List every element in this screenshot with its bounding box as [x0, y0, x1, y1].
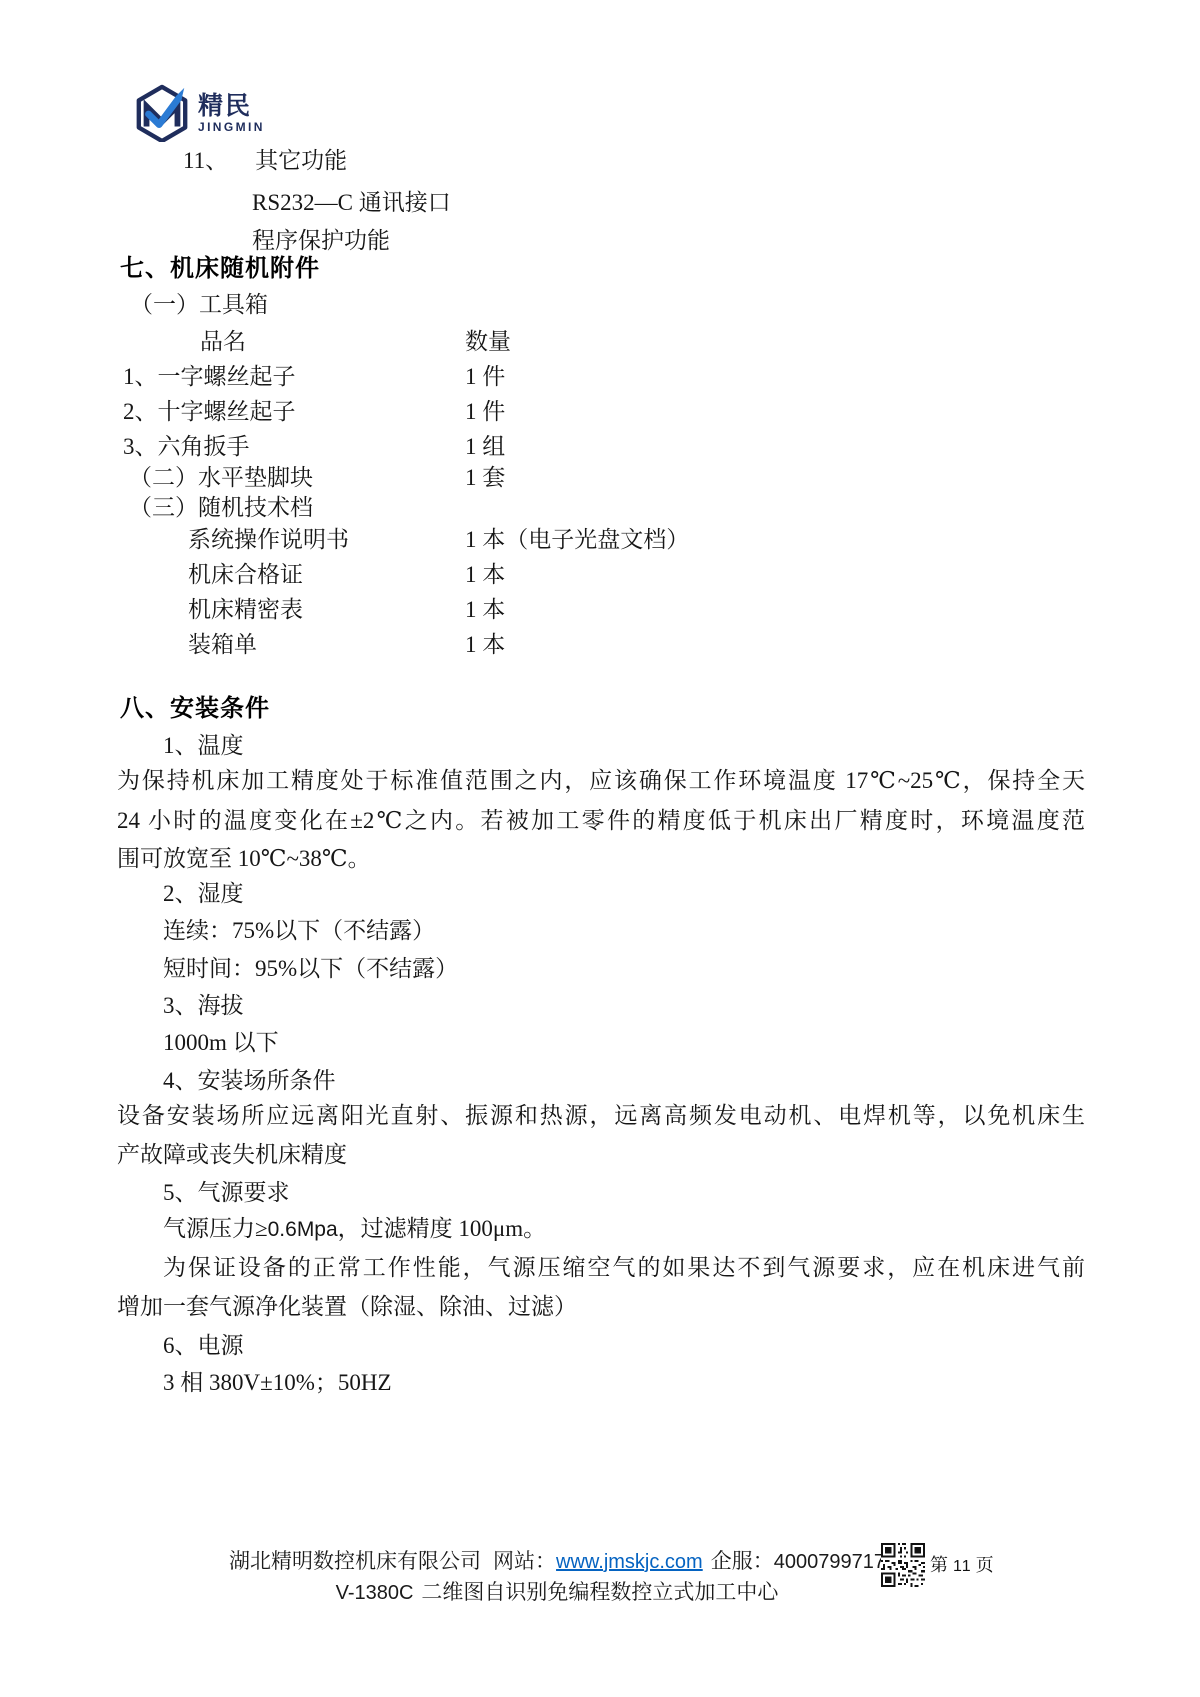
qr-code-icon	[881, 1542, 925, 1588]
row-qty: 1 件	[465, 393, 505, 426]
rs232-line: RS232—C 通讯接口	[252, 188, 451, 218]
section7-subheading: （一）工具箱	[130, 290, 268, 320]
humidity-shortterm-line: 短时间：95%以下（不结露）	[163, 954, 458, 984]
section8-heading: 八、安装条件	[120, 694, 270, 724]
air-pressure-prefix: 气源压力≥	[163, 1216, 268, 1241]
row-name: 2、十字螺丝起子	[123, 393, 296, 426]
jingmin-hexagon-logo-icon	[133, 84, 191, 142]
program-protect-line: 程序保护功能	[252, 226, 390, 256]
footer-model-code: V-1380C	[336, 1582, 414, 1605]
section7-heading: 七、机床随机附件	[120, 254, 320, 284]
table-row: 1、一字螺丝起子 1 件	[0, 358, 1100, 388]
footer-site-label: 网站：	[493, 1545, 556, 1575]
page-number-value: 11	[949, 1558, 976, 1575]
brand-name-en: JINGMIN	[198, 121, 265, 133]
footer-model-line: V-1380C 二维图自识别免编程数控立式加工中心	[117, 1576, 997, 1606]
item-humidity: 2、湿度	[163, 879, 244, 909]
row-name: （二）水平垫脚块	[129, 459, 313, 492]
row-name: 3、六角扳手	[123, 428, 250, 461]
item-installation-site: 4、安装场所条件	[163, 1066, 336, 1096]
site-paragraph-line: 设备安装场所应远离阳光直射、振源和热源，远离高频发电动机、电焊机等，以免机床生	[117, 1101, 1085, 1131]
row-qty: 1 件	[465, 358, 505, 391]
air-pressure-suffix: ，过滤精度 100μm。	[338, 1216, 546, 1241]
row-name: 机床精密表	[188, 591, 303, 624]
row-qty: 1 套	[465, 459, 505, 492]
page-number: 第11页	[930, 1551, 995, 1577]
column-header-name: 品名	[200, 323, 246, 356]
page-number-prefix: 第	[930, 1555, 949, 1575]
air-pressure-value: 0.6Mpa	[268, 1218, 338, 1241]
air-pressure-line: 气源压力≥0.6Mpa，过滤精度 100μm。	[163, 1214, 546, 1245]
footer-service-label: 企服：	[711, 1545, 774, 1575]
brand-name-cn: 精民	[198, 94, 265, 119]
temperature-paragraph-line: 24 小时的温度变化在±2℃之内。若被加工零件的精度低于机床出厂精度时，环境温度…	[117, 806, 1085, 836]
row-name: 1、一字螺丝起子	[123, 358, 296, 391]
item-power: 6、电源	[163, 1331, 244, 1361]
row-qty: 1 本	[465, 591, 505, 624]
table-header-row: 品名 数量	[0, 323, 1100, 353]
air-paragraph-line: 为保证设备的正常工作性能，气源压缩空气的如果达不到气源要求，应在机床进气前	[163, 1253, 1085, 1283]
footer-website-link[interactable]: www.jmskjc.com	[556, 1551, 703, 1574]
item-title: 其它功能	[255, 148, 347, 173]
table-row: 装箱单 1 本	[0, 626, 1100, 656]
footer-model-desc: 二维图自识别免编程数控立式加工中心	[421, 1576, 778, 1606]
altitude-value-line: 1000m 以下	[163, 1028, 279, 1058]
row-qty: 1 本（电子光盘文档）	[465, 521, 689, 554]
row-qty: 1 本	[465, 556, 505, 589]
row-qty: 1 组	[465, 428, 505, 461]
table-row: （三）随机技术档	[0, 489, 1100, 519]
temperature-paragraph-line: 为保持机床加工精度处于标准值范围之内，应该确保工作环境温度 17℃~25℃，保持…	[117, 766, 1085, 796]
company-logo: 精民 JINGMIN	[133, 84, 265, 142]
item-altitude: 3、海拔	[163, 991, 244, 1021]
humidity-continuous-line: 连续：75%以下（不结露）	[163, 916, 435, 946]
power-value-line: 3 相 380V±10%；50HZ	[163, 1368, 392, 1398]
row-name: 机床合格证	[188, 556, 303, 589]
item-temperature: 1、温度	[163, 731, 244, 761]
other-functions-line: 11、其它功能	[183, 146, 347, 176]
footer-company: 湖北精明数控机床有限公司	[229, 1545, 481, 1575]
temperature-paragraph-line: 围可放宽至 10℃~38℃。	[117, 844, 371, 874]
table-row: 2、十字螺丝起子 1 件	[0, 393, 1100, 423]
logo-wordmark: 精民 JINGMIN	[198, 94, 265, 133]
page-number-suffix: 页	[976, 1555, 995, 1575]
table-row: （二）水平垫脚块 1 套	[0, 459, 1100, 489]
footer-service-phone: 4000799717	[774, 1551, 885, 1574]
row-name: （三）随机技术档	[129, 489, 313, 522]
site-paragraph-line: 产故障或丧失机床精度	[117, 1140, 347, 1170]
footer-company-line: 湖北精明数控机床有限公司 网站： www.jmskjc.com 企服： 4000…	[117, 1545, 997, 1575]
column-header-qty: 数量	[465, 323, 511, 356]
item-air-supply: 5、气源要求	[163, 1178, 290, 1208]
air-paragraph-line: 增加一套气源净化装置（除湿、除油、过滤）	[117, 1292, 577, 1322]
document-page: 精民 JINGMIN 11、其它功能 RS232—C 通讯接口 程序保护功能 七…	[0, 0, 1200, 1697]
row-name: 系统操作说明书	[188, 521, 349, 554]
row-qty: 1 本	[465, 626, 505, 659]
table-row: 3、六角扳手 1 组	[0, 428, 1100, 458]
table-row: 机床合格证 1 本	[0, 556, 1100, 586]
table-row: 系统操作说明书 1 本（电子光盘文档）	[0, 521, 1100, 551]
row-name: 装箱单	[188, 626, 257, 659]
item-number: 11、	[183, 146, 228, 176]
table-row: 机床精密表 1 本	[0, 591, 1100, 621]
